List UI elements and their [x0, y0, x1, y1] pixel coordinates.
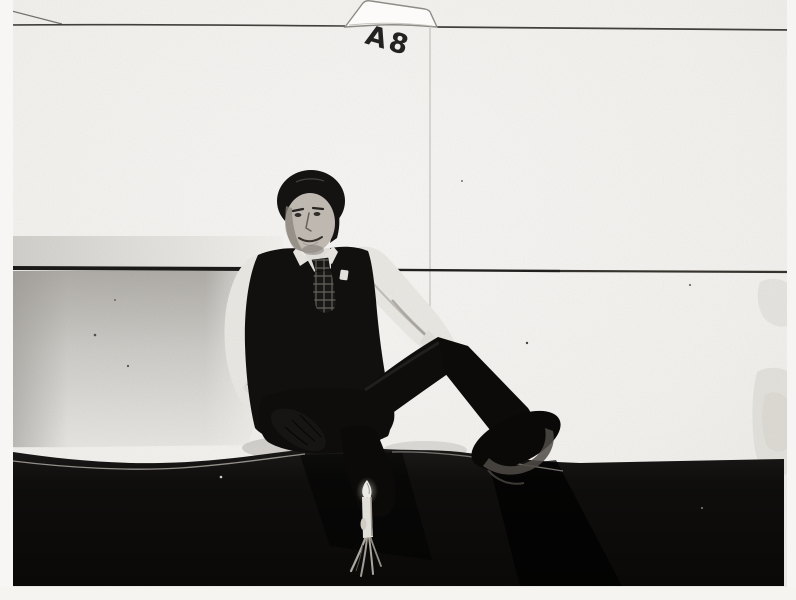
photograph: A8: [0, 0, 796, 600]
photo-page: A8: [0, 0, 796, 600]
film-grain: [13, 0, 787, 588]
